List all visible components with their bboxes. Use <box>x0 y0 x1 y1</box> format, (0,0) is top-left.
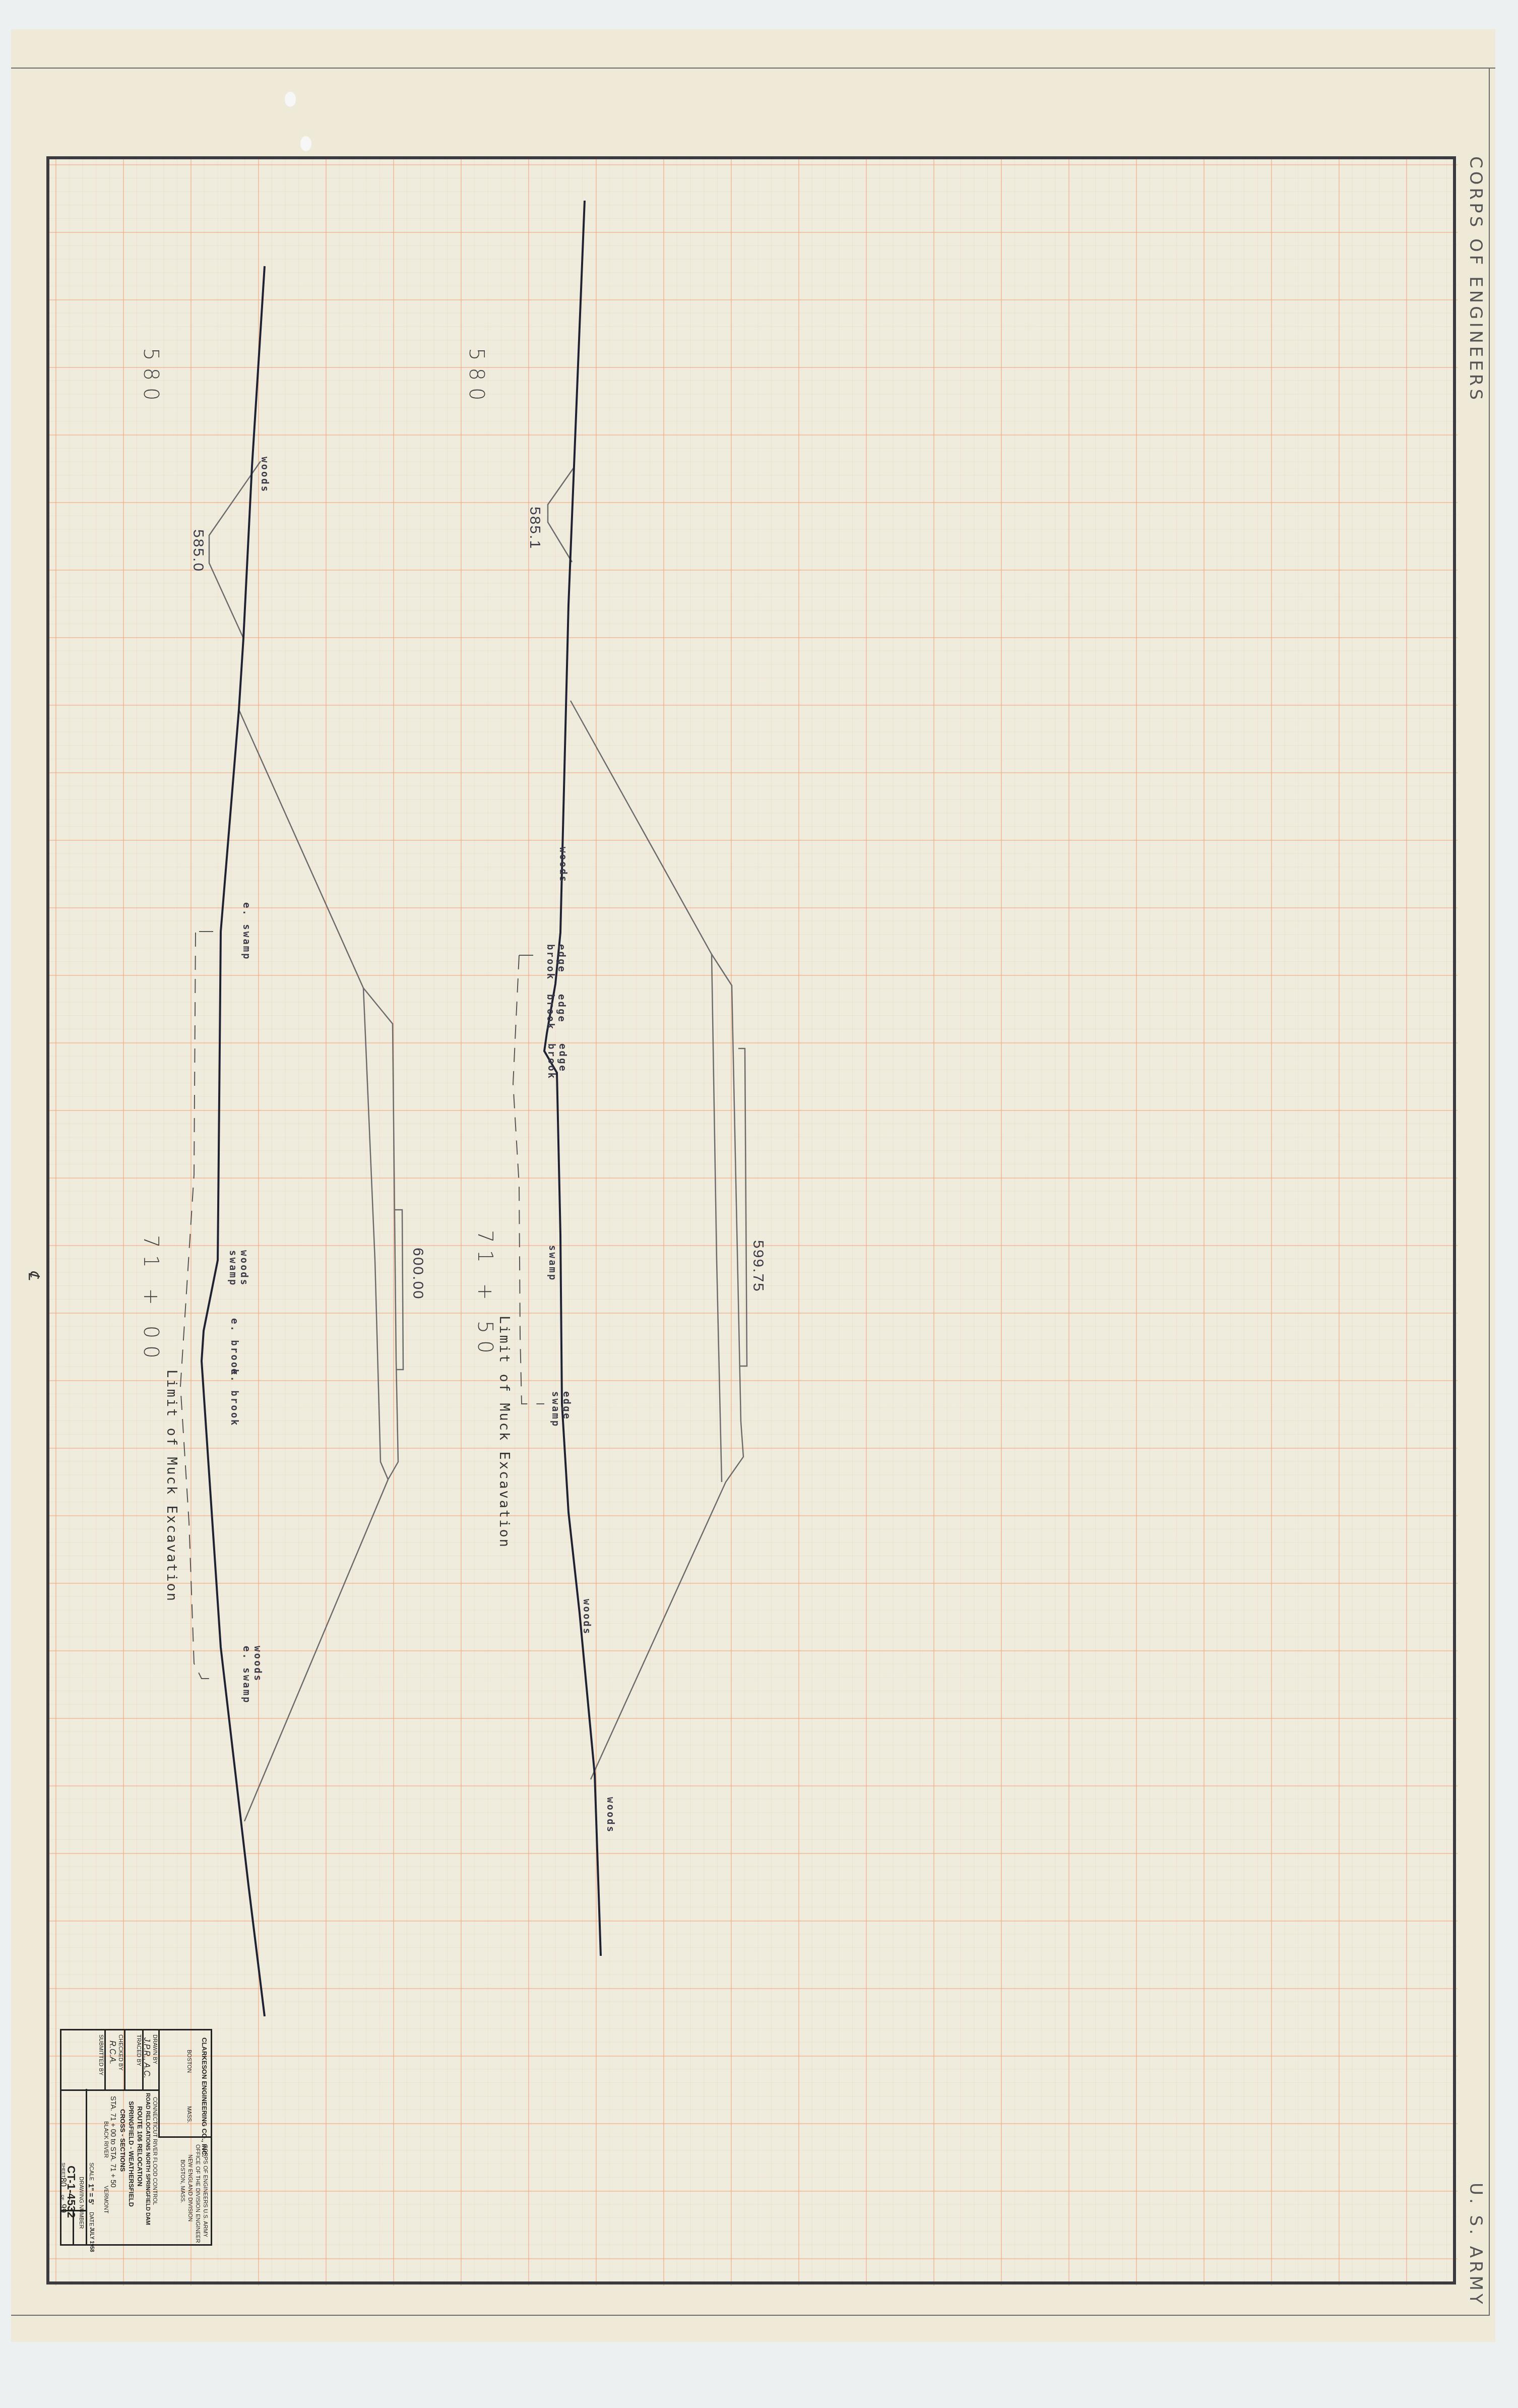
agency-line-4: BOSTON, MASS. <box>179 2159 185 2203</box>
ground-note: woods <box>605 1797 616 1833</box>
sheet-number: 80 <box>58 2178 67 2187</box>
ditch-elevation-label: 585.1 <box>526 507 543 549</box>
firm-name: CLARKESON ENGINEERING CO., INC. <box>201 2037 208 2157</box>
ground-note: woods <box>581 1599 592 1635</box>
agency-line-1: CORPS OF ENGINEERS U.S. ARMY <box>202 2144 208 2237</box>
datum-label: 580 <box>139 348 162 407</box>
drawn-by-value: J.P.R., A.C. <box>142 2037 150 2078</box>
firm-city: BOSTON <box>186 2050 192 2073</box>
drawing-number-label: DRAWING NUMBER <box>78 2177 84 2229</box>
ground-note: woodsswamp <box>227 1250 249 1286</box>
drawn-by-label: DRAWN BY <box>152 2034 157 2064</box>
state-name: VERMONT <box>103 2186 108 2213</box>
date-value: JULY 1958 <box>89 2227 94 2252</box>
drawing-number: CT-1-4532 <box>66 2166 77 2218</box>
section-71-00-ground-line <box>202 266 265 2016</box>
centerline-mark: ℄ <box>25 1270 42 1280</box>
sheet-label: SHEET <box>61 2163 66 2178</box>
agency-line-2: OFFICE OF THE DIVISION ENGINEER <box>195 2144 200 2243</box>
ground-note: edgebrook <box>545 944 567 980</box>
ground-note: woodse. swamp <box>241 1646 263 1704</box>
checked-by-label: CHECKED BY <box>117 2034 123 2071</box>
muck-limit-label: Limit of Muck Excavation <box>496 1316 512 1549</box>
scale-label: SCALE <box>88 2163 94 2181</box>
grade-elevation-label: 600.00 <box>409 1248 426 1300</box>
section-71-50-muck-limit <box>513 955 544 1404</box>
ground-note: woods <box>259 457 270 493</box>
ground-note: edgeswamp <box>550 1391 572 1428</box>
margin-label-army: U. S. ARMY <box>1466 2183 1486 2307</box>
station-label: 71 + 00 <box>139 1235 162 1366</box>
date-label: DATE <box>88 2212 94 2227</box>
ground-note: e. brook <box>229 1369 240 1427</box>
cross-section-drawing <box>0 0 1518 2408</box>
ground-note: swamp <box>547 1245 558 1281</box>
section-71-00-template <box>209 461 403 1821</box>
grade-elevation-label: 599.75 <box>749 1240 767 1292</box>
ditch-elevation-label: 585.0 <box>189 529 207 572</box>
title-block: CLARKESON ENGINEERING CO., INC. BOSTON M… <box>60 2029 212 2246</box>
ground-note: e. brook <box>229 1318 240 1377</box>
muck-limit-label: Limit of Muck Excavation <box>164 1370 179 1602</box>
traced-by-label: TRACED BY <box>136 2034 141 2066</box>
section-71-50-template <box>548 467 747 1779</box>
checked-by-value: R.C.A. <box>108 2041 116 2064</box>
ground-note: edgebrook <box>546 1043 568 1080</box>
ground-note: woods <box>557 847 568 883</box>
station-label: 71 + 50 <box>473 1230 496 1361</box>
project-line-4: SPRINGFIELD - WEATHERSFIELD <box>128 2101 135 2207</box>
river-name: BLACK RIVER <box>103 2121 108 2158</box>
project-line-2: ROAD RELOCATIONS NORTH SPRINGFIELD DAM <box>145 2093 150 2225</box>
ground-note: e. swamp <box>241 902 252 961</box>
submitted-by-label: SUBMITTED BY <box>98 2034 103 2075</box>
sheet-of-label: OF <box>60 2195 65 2200</box>
firm-state: MASS. <box>186 2106 192 2123</box>
datum-label: 580 <box>465 348 488 407</box>
scale-value: 1" = 5' <box>88 2184 95 2205</box>
project-line-5: CROSS - SECTIONS <box>119 2109 126 2172</box>
project-line-3: ROUTE 106 RELOCATION <box>137 2106 143 2186</box>
project-line-6: STA. 71 + 00 to STA. 71 + 50 <box>110 2096 117 2188</box>
sheet-total: 99 <box>58 2204 67 2213</box>
ground-note: edgebrook <box>545 994 567 1030</box>
margin-label-corps: CORPS OF ENGINEERS <box>1466 156 1486 403</box>
agency-line-3: NEW ENGLAND DIVISION <box>187 2154 193 2221</box>
project-line-1: CONNECTICUT RIVER FLOOD CONTROL <box>152 2097 157 2205</box>
